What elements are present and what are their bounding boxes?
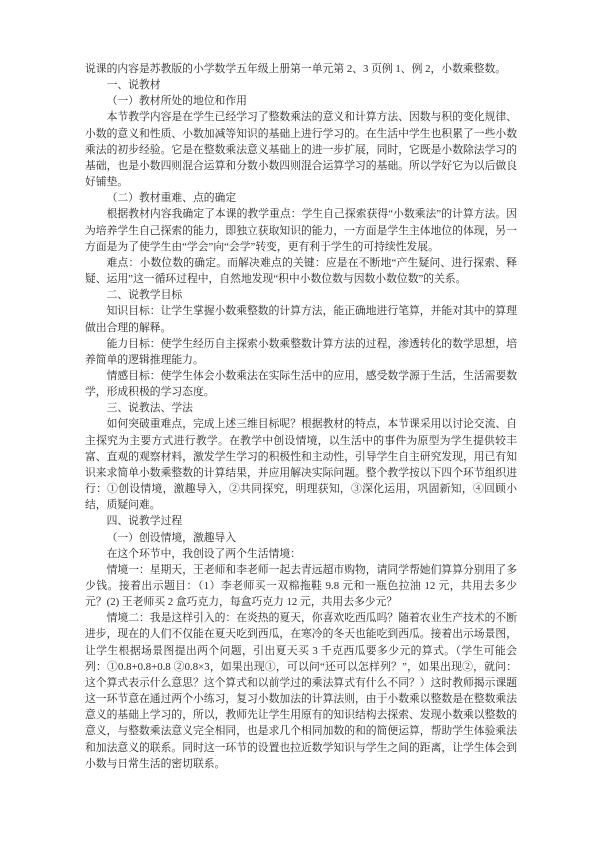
paragraph-17: 情境一：星期天，王老师和李老师一起去青远超市购物，请同学帮她们算算分别用了多少钱… bbox=[85, 562, 517, 610]
document-page: 说课的内容是苏教版的小学数学五年级上册第一单元第 2、3 页例 1、例 2，小数… bbox=[0, 0, 600, 850]
paragraph-6: 根据教材内容我确定了本课的教学重点：学生自己探索获得“小数乘法”的计算方法。因为… bbox=[85, 206, 517, 254]
paragraph-12: 三、说教法、学法 bbox=[85, 400, 517, 416]
paragraph-10: 能力目标：使学生经历自主探索小数乘整数计算方法的过程，渗透转化的数学思想，培养简… bbox=[85, 336, 517, 368]
paragraph-1: 说课的内容是苏教版的小学数学五年级上册第一单元第 2、3 页例 1、例 2，小数… bbox=[85, 61, 517, 77]
paragraph-5: （二）教材重难、点的确定 bbox=[85, 190, 517, 206]
paragraph-3: （一）教材所处的地位和作用 bbox=[85, 93, 517, 109]
document-text-block: 说课的内容是苏教版的小学数学五年级上册第一单元第 2、3 页例 1、例 2，小数… bbox=[85, 61, 517, 772]
paragraph-18: 情境二：我是这样引入的：在炎热的夏天，你喜欢吃西瓜吗？随着农业生产技术的不断进步… bbox=[85, 610, 517, 772]
paragraph-15: （一）创设情境，激趣导入 bbox=[85, 530, 517, 546]
paragraph-7: 难点：小数位数的确定。而解决难点的关键：应是在不断地“产生疑问、进行探索、释疑、… bbox=[85, 255, 517, 287]
paragraph-8: 二、说教学目标 bbox=[85, 287, 517, 303]
paragraph-13: 如何突破重难点，完成上述三维目标呢？根据教材的特点，本节课采用以讨论交流、自主探… bbox=[85, 416, 517, 513]
paragraph-11: 情感目标：使学生体会小数乘法在实际生活中的应用，感受数学源于生活，生活需要数学，… bbox=[85, 368, 517, 400]
paragraph-9: 知识目标：让学生掌握小数乘整数的计算方法，能正确地进行笔算，并能对其中的算理做出… bbox=[85, 303, 517, 335]
paragraph-2: 一、说教材 bbox=[85, 77, 517, 93]
paragraph-16: 在这个环节中，我创设了两个生活情境： bbox=[85, 546, 517, 562]
paragraph-4: 本节教学内容是在学生已经学习了整数乘法的意义和计算方法、因数与积的变化规律、小数… bbox=[85, 109, 517, 190]
paragraph-14: 四、说教学过程 bbox=[85, 513, 517, 529]
